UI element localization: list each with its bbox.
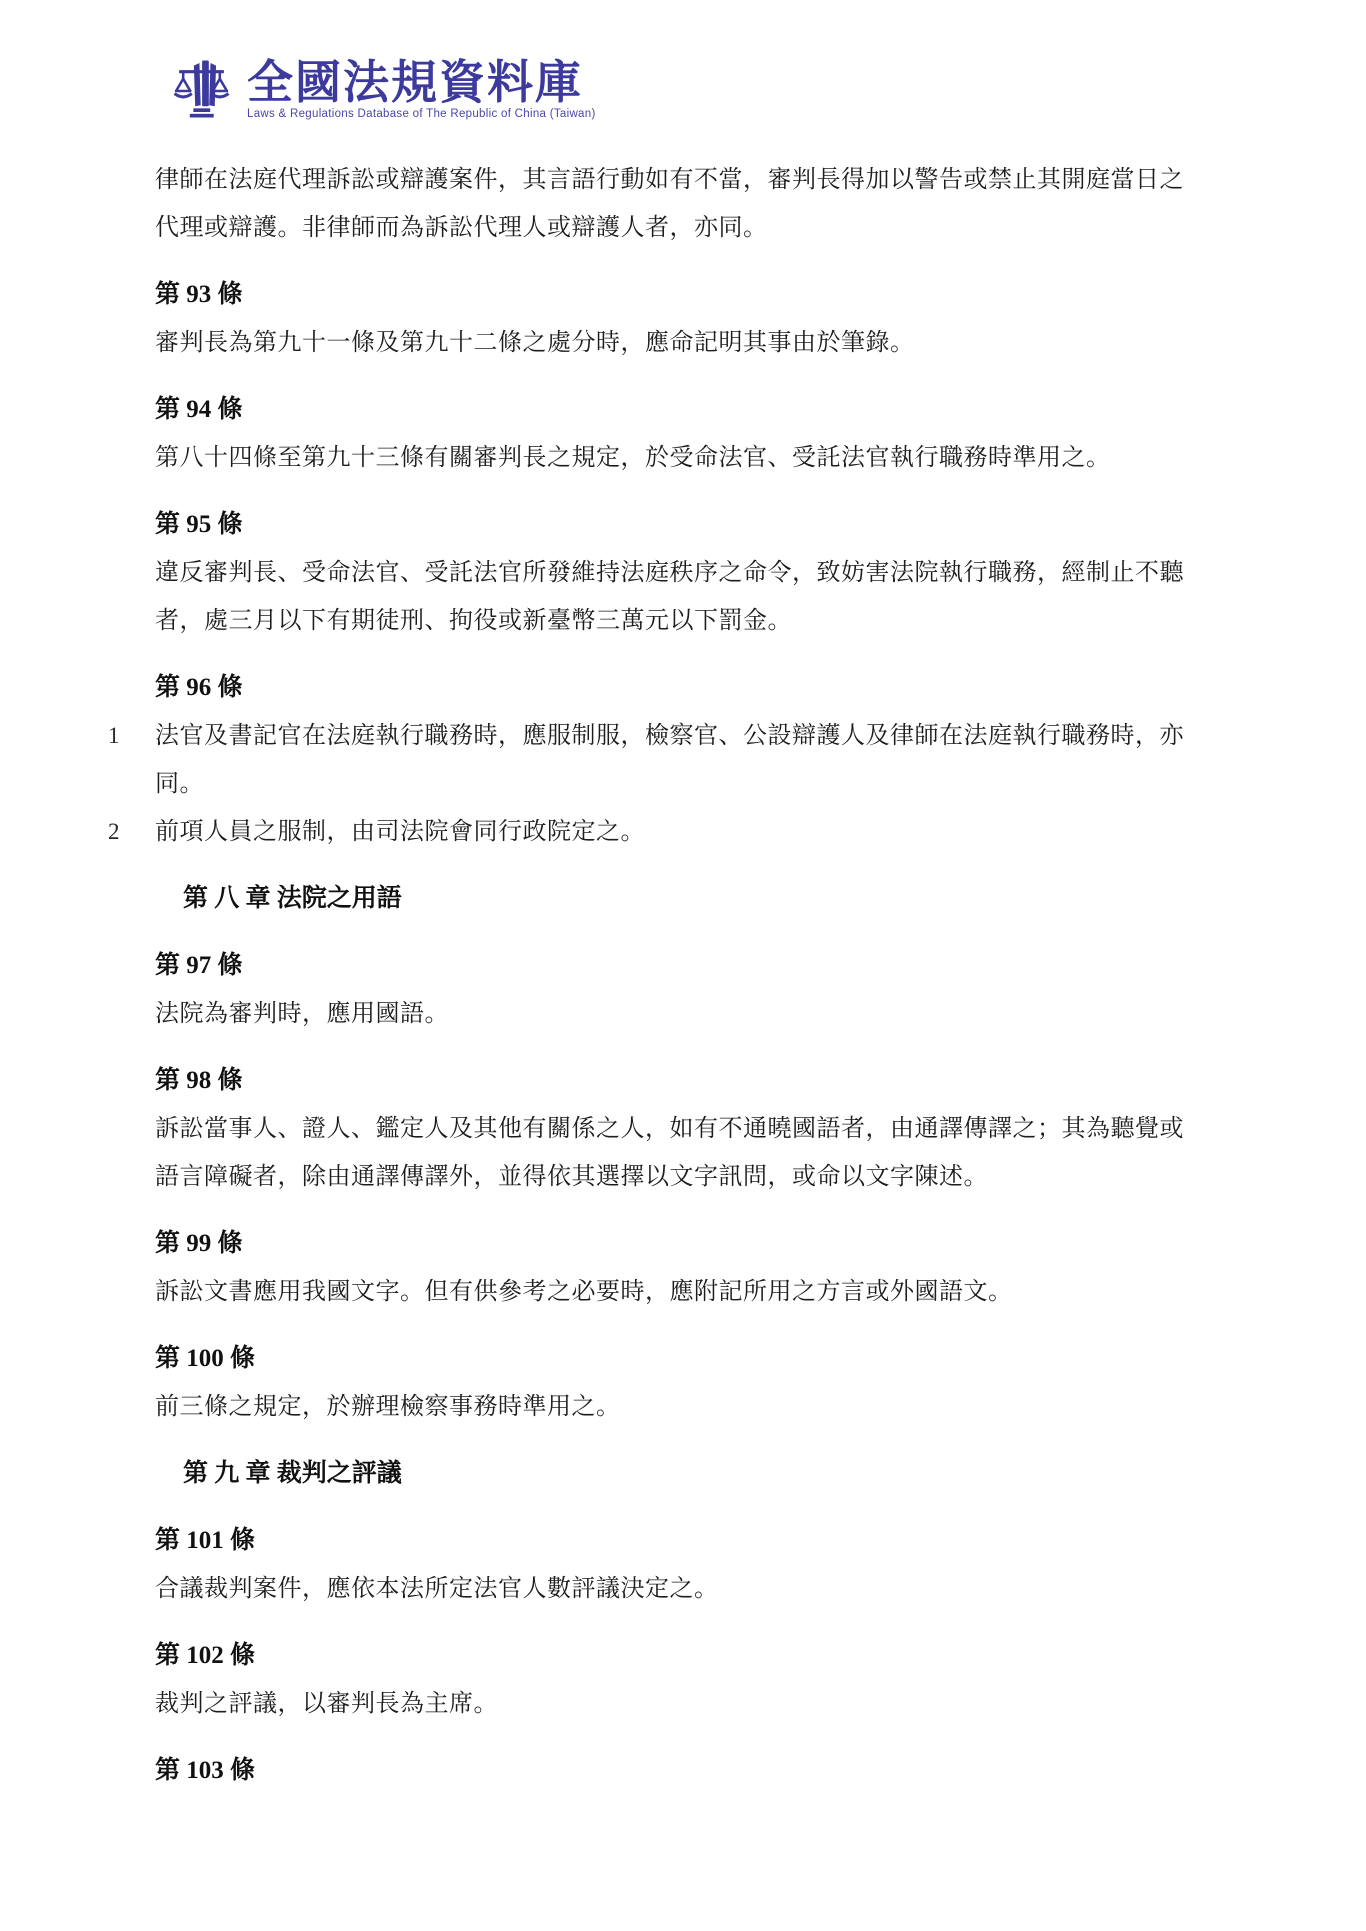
article-95-text: 違反審判長、受命法官、受託法官所發維持法庭秩序之命令，致妨害法院執行職務，經制止… — [155, 549, 1205, 645]
article-102-text: 裁判之評議，以審判長為主席。 — [155, 1680, 1205, 1728]
paragraph-number: 2 — [108, 808, 155, 856]
logo-subtitle: Laws & Regulations Database of The Repub… — [247, 107, 596, 121]
chapter-8-heading: 第 八 章 法院之用語 — [155, 875, 1205, 923]
continuation-paragraph: 律師在法庭代理訴訟或辯護案件，其言語行動如有不當，審判長得加以警告或禁止其開庭當… — [155, 156, 1205, 252]
article-101: 第 101 條 合議裁判案件，應依本法所定法官人數評議決定之。 — [155, 1517, 1205, 1613]
law-articles-content: 律師在法庭代理訴訟或辯護案件，其言語行動如有不當，審判長得加以警告或禁止其開庭當… — [155, 156, 1205, 1795]
article-98-text: 訴訟當事人、證人、鑑定人及其他有關係之人，如有不通曉國語者，由通譯傳譯之；其為聽… — [155, 1105, 1205, 1201]
logo-title: 全國法規資料庫 — [247, 58, 596, 106]
article-97: 第 97 條 法院為審判時，應用國語。 — [155, 942, 1205, 1038]
article-99: 第 99 條 訴訟文書應用我國文字。但有供參考之必要時，應附記所用之方言或外國語… — [155, 1220, 1205, 1316]
chapter-9-heading: 第 九 章 裁判之評議 — [155, 1450, 1205, 1498]
article-99-text: 訴訟文書應用我國文字。但有供參考之必要時，應附記所用之方言或外國語文。 — [155, 1268, 1205, 1316]
article-93-heading: 第 93 條 — [155, 271, 1205, 319]
article-97-heading: 第 97 條 — [155, 942, 1205, 990]
law-document-page: 全國法規資料庫 Laws & Regulations Database of T… — [0, 0, 1366, 1931]
scales-with-books-icon — [173, 58, 230, 120]
article-100-text: 前三條之規定，於辦理檢察事務時準用之。 — [155, 1383, 1205, 1431]
article-94-heading: 第 94 條 — [155, 386, 1205, 434]
article-100-heading: 第 100 條 — [155, 1335, 1205, 1383]
article-96-paragraph-1: 1 法官及書記官在法庭執行職務時，應服制服，檢察官、公設辯護人及律師在法庭執行職… — [108, 712, 1205, 808]
article-100: 第 100 條 前三條之規定，於辦理檢察事務時準用之。 — [155, 1335, 1205, 1431]
article-103: 第 103 條 — [155, 1747, 1205, 1795]
site-logo: 全國法規資料庫 Laws & Regulations Database of T… — [173, 58, 596, 121]
article-95: 第 95 條 違反審判長、受命法官、受託法官所發維持法庭秩序之命令，致妨害法院執… — [155, 501, 1205, 645]
article-98-heading: 第 98 條 — [155, 1057, 1205, 1105]
article-96-heading: 第 96 條 — [155, 664, 1205, 712]
article-93-text: 審判長為第九十一條及第九十二條之處分時，應命記明其事由於筆錄。 — [155, 319, 1205, 367]
article-96-paragraph-2-text: 前項人員之服制，由司法院會同行政院定之。 — [155, 808, 1205, 856]
article-94-text: 第八十四條至第九十三條有關審判長之規定，於受命法官、受託法官執行職務時準用之。 — [155, 434, 1205, 482]
article-96-paragraph-2: 2 前項人員之服制，由司法院會同行政院定之。 — [108, 808, 1205, 856]
article-98: 第 98 條 訴訟當事人、證人、鑑定人及其他有關係之人，如有不通曉國語者，由通譯… — [155, 1057, 1205, 1201]
article-99-heading: 第 99 條 — [155, 1220, 1205, 1268]
paragraph-number: 1 — [108, 712, 155, 808]
article-96: 第 96 條 1 法官及書記官在法庭執行職務時，應服制服，檢察官、公設辯護人及律… — [155, 664, 1205, 856]
article-97-text: 法院為審判時，應用國語。 — [155, 990, 1205, 1038]
article-93: 第 93 條 審判長為第九十一條及第九十二條之處分時，應命記明其事由於筆錄。 — [155, 271, 1205, 367]
article-102: 第 102 條 裁判之評議，以審判長為主席。 — [155, 1632, 1205, 1728]
article-94: 第 94 條 第八十四條至第九十三條有關審判長之規定，於受命法官、受託法官執行職… — [155, 386, 1205, 482]
article-103-heading: 第 103 條 — [155, 1747, 1205, 1795]
article-101-text: 合議裁判案件，應依本法所定法官人數評議決定之。 — [155, 1565, 1205, 1613]
article-101-heading: 第 101 條 — [155, 1517, 1205, 1565]
logo-text: 全國法規資料庫 Laws & Regulations Database of T… — [247, 58, 596, 121]
article-95-heading: 第 95 條 — [155, 501, 1205, 549]
article-96-paragraph-1-text: 法官及書記官在法庭執行職務時，應服制服，檢察官、公設辯護人及律師在法庭執行職務時… — [155, 712, 1205, 808]
article-102-heading: 第 102 條 — [155, 1632, 1205, 1680]
